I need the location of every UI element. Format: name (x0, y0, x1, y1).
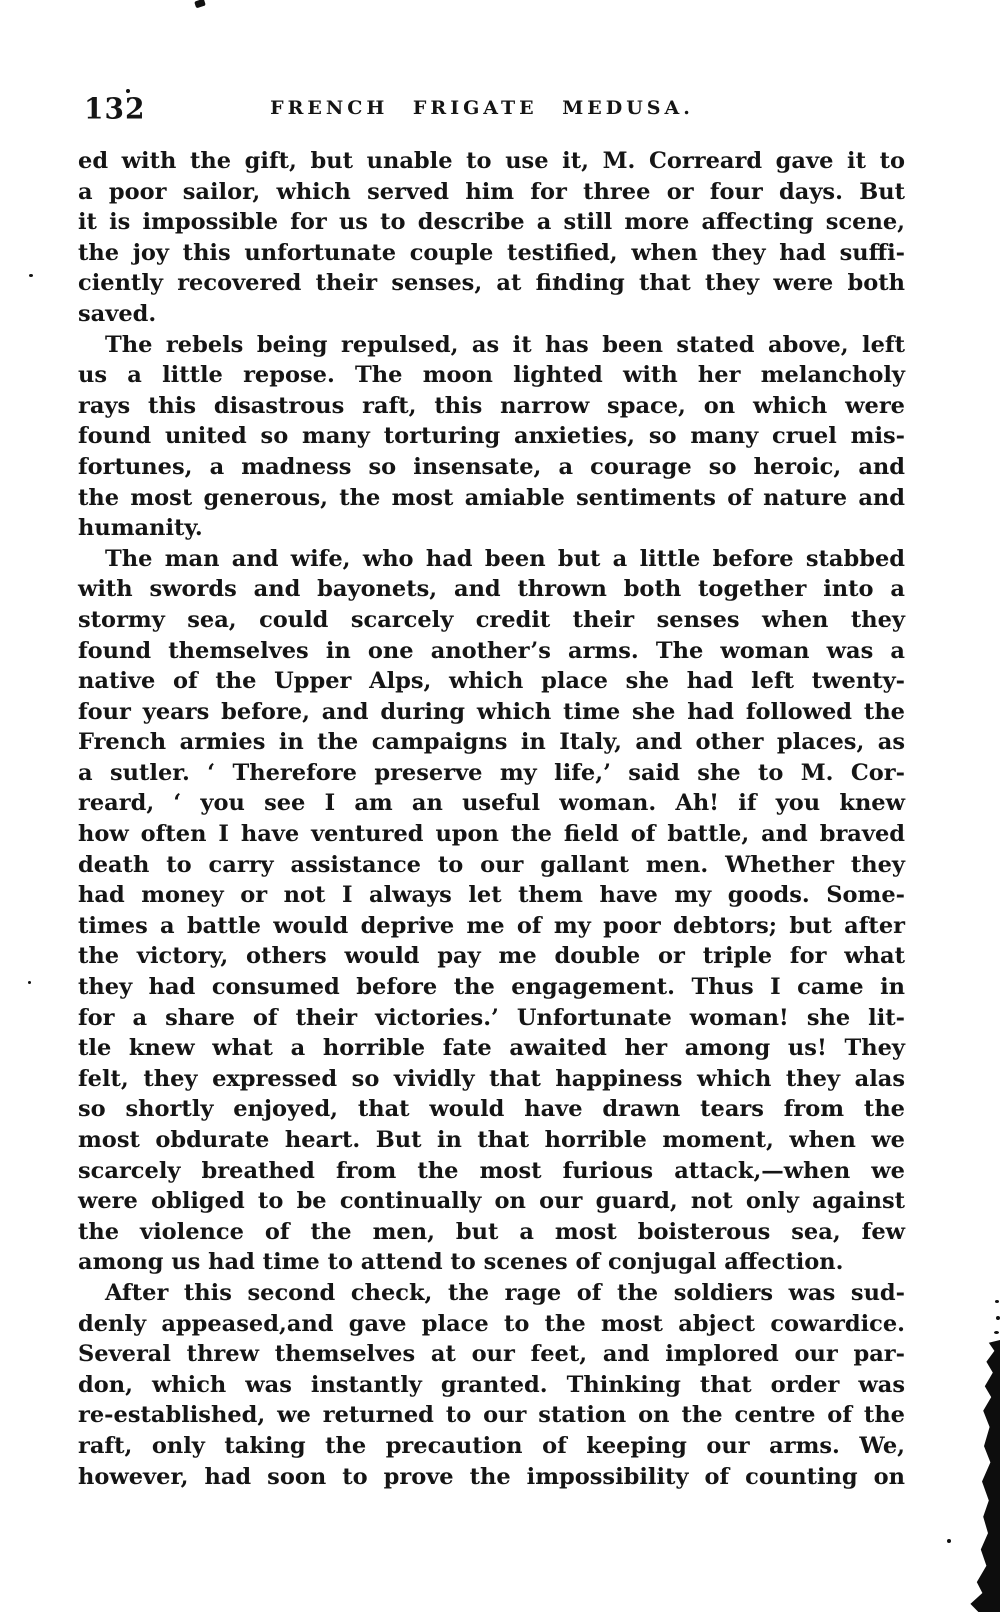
text-line: denly appeased,and gave place to the mos… (78, 1309, 905, 1340)
text-line: The rebels being repulsed, as it has bee… (78, 330, 905, 361)
text-line: After this second check, the rage of the… (78, 1278, 905, 1309)
text-line: felt, they expressed so vividly that hap… (78, 1064, 905, 1095)
text-line: a sutler. ‘ Therefore preserve my life,’… (78, 758, 905, 789)
ink-speck (996, 1316, 1000, 1320)
text-line: humanity. (78, 513, 905, 544)
ink-speck (28, 981, 31, 984)
text-line: reard, ‘ you see I am an useful woman. A… (78, 788, 905, 819)
text-line: raft, only taking the precaution of keep… (78, 1431, 905, 1462)
text-line: ed with the gift, but unable to use it, … (78, 146, 905, 177)
text-line: native of the Upper Alps, which place sh… (78, 666, 905, 697)
text-line: most obdurate heart. But in that horribl… (78, 1125, 905, 1156)
text-line: the violence of the men, but a most bois… (78, 1217, 905, 1248)
text-line: times a battle would deprive me of my po… (78, 911, 905, 942)
ink-speck (126, 89, 130, 93)
text-line: rays this disastrous raft, this narrow s… (78, 391, 905, 422)
ink-speck (556, 276, 559, 279)
text-line: re-established, we returned to our stati… (78, 1400, 905, 1431)
text-line: with swords and bayonets, and thrown bot… (78, 574, 905, 605)
text-line: the victory, others would pay me double … (78, 941, 905, 972)
text-line: how often I have ventured upon the field… (78, 819, 905, 850)
ink-speck (994, 1331, 999, 1334)
ink-speck (947, 1539, 951, 1543)
text-line: The man and wife, who had been but a lit… (78, 544, 905, 575)
running-head: 132 FRENCH FRIGATE MEDUSA. (0, 92, 1000, 132)
text-line: scarcely breathed from the most furious … (78, 1156, 905, 1187)
text-line: the most generous, the most amiable sent… (78, 483, 905, 514)
text-line: French armies in the campaigns in Italy,… (78, 727, 905, 758)
ink-speck (29, 274, 33, 277)
text-line: don, which was instantly granted. Thinki… (78, 1370, 905, 1401)
ink-speck (194, 0, 206, 8)
scan-edge-artifact (960, 1340, 1000, 1612)
text-line: fortunes, a madness so insensate, a cour… (78, 452, 905, 483)
text-line: Several threw themselves at our feet, an… (78, 1339, 905, 1370)
text-line: they had consumed before the engagement.… (78, 972, 905, 1003)
text-line: however, had soon to prove the impossibi… (78, 1462, 905, 1493)
page-body: ed with the gift, but unable to use it, … (78, 146, 905, 1492)
text-line: us a little repose. The moon lighted wit… (78, 360, 905, 391)
text-line: ciently recovered their senses, at findi… (78, 268, 905, 299)
text-line: for a share of their victories.’ Unfortu… (78, 1003, 905, 1034)
text-line: found united so many torturing anxieties… (78, 421, 905, 452)
page-title: FRENCH FRIGATE MEDUSA. (0, 97, 964, 119)
text-line: it is impossible for us to describe a st… (78, 207, 905, 238)
text-line: so shortly enjoyed, that would have draw… (78, 1094, 905, 1125)
text-line: death to carry assistance to our gallant… (78, 850, 905, 881)
text-line: stormy sea, could scarcely credit their … (78, 605, 905, 636)
text-line: were obliged to be continually on our gu… (78, 1186, 905, 1217)
text-line: saved. (78, 299, 905, 330)
scanned-book-page: 132 FRENCH FRIGATE MEDUSA. ed with the g… (0, 0, 1000, 1612)
text-line: four years before, and during which time… (78, 697, 905, 728)
text-line: found themselves in one another’s arms. … (78, 636, 905, 667)
text-line: the joy this unfortunate couple testifie… (78, 238, 905, 269)
text-line: among us had time to attend to scenes of… (78, 1247, 905, 1278)
ink-speck (995, 1300, 999, 1303)
text-line: tle knew what a horrible fate awaited he… (78, 1033, 905, 1064)
text-line: a poor sailor, which served him for thre… (78, 177, 905, 208)
text-line: had money or not I always let them have … (78, 880, 905, 911)
